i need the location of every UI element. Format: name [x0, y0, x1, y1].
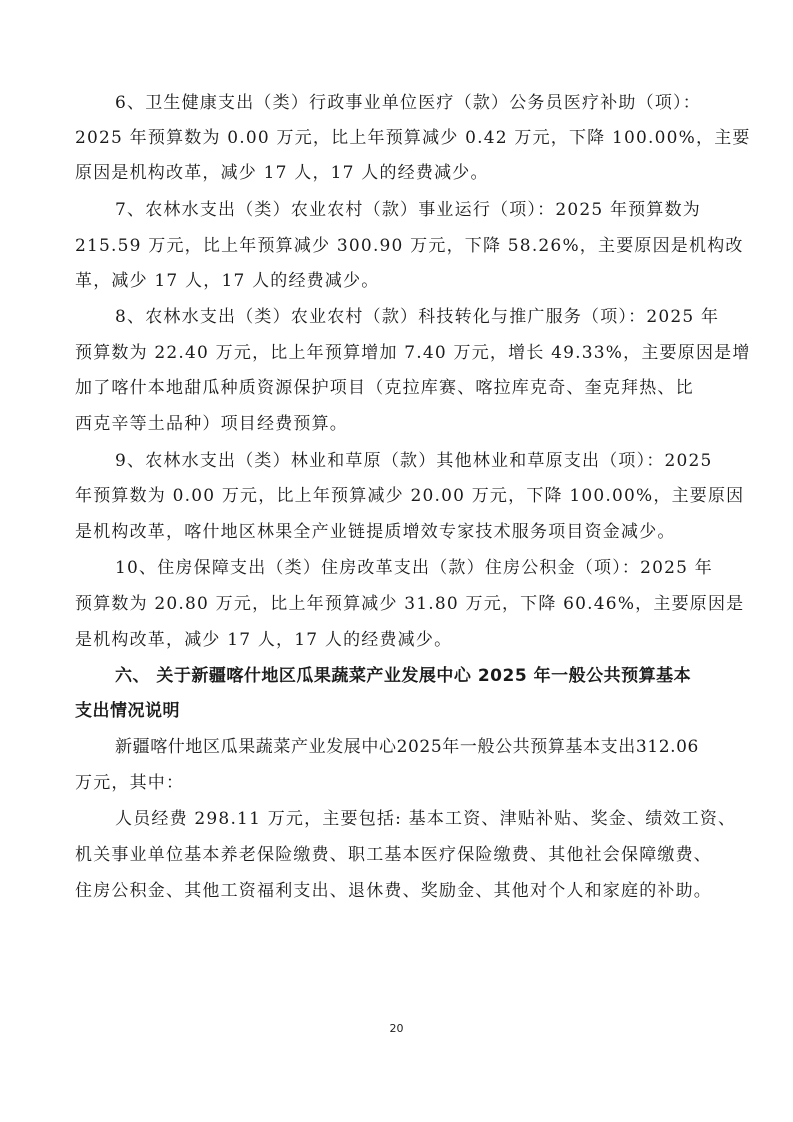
text-line: 新疆喀什地区瓜果蔬菜产业发展中心2025年一般公共预算基本支出312.06	[115, 736, 730, 758]
heading-line: 六、 关于新疆喀什地区瓜果蔬菜产业发展中心 2025 年一般公共预算基本	[115, 665, 730, 687]
text-line: 2025 年预算数为 0.00 万元，比上年预算减少 0.42 万元，下降 10…	[75, 127, 730, 149]
text-line: 8、农林水支出（类）农业农村（款）科技转化与推广服务（项）：2025 年	[115, 306, 730, 328]
text-line: 西克辛等土品种）项目经费预算。	[75, 413, 730, 435]
text-line: 万元，其中：	[75, 772, 730, 794]
text-line: 10、住房保障支出（类）住房改革支出（款）住房公积金（项）：2025 年	[115, 557, 730, 579]
text-line: 6、卫生健康支出（类）行政事业单位医疗（款）公务员医疗补助（项）：	[115, 92, 730, 114]
text-line: 住房公积金、其他工资福利支出、退休费、奖励金、其他对个人和家庭的补助。	[75, 880, 730, 902]
text-line: 是机构改革，喀什地区林果全产业链提质增效专家技术服务项目资金减少。	[75, 521, 730, 543]
text-line: 7、农林水支出（类）农业农村（款）事业运行（项）：2025 年预算数为	[115, 199, 730, 221]
text-line: 加了喀什本地甜瓜种质资源保护项目（克拉库赛、喀拉库克奇、奎克拜热、比	[75, 377, 730, 399]
text-line: 9、农林水支出（类）林业和草原（款）其他林业和草原支出（项）：2025	[115, 450, 730, 472]
text-line: 预算数为 20.80 万元，比上年预算减少 31.80 万元，下降 60.46%…	[75, 593, 730, 615]
text-line: 预算数为 22.40 万元，比上年预算增加 7.40 万元，增长 49.33%，…	[75, 342, 730, 364]
text-line: 年预算数为 0.00 万元，比上年预算减少 20.00 万元，下降 100.00…	[75, 485, 730, 507]
text-line: 215.59 万元，比上年预算减少 300.90 万元，下降 58.26%，主要…	[75, 235, 730, 257]
document-page: 6、卫生健康支出（类）行政事业单位医疗（款）公务员医疗补助（项）： 2025 年…	[0, 0, 793, 1122]
heading-line: 支出情况说明	[75, 700, 730, 722]
text-line: 原因是机构改革，减少 17 人，17 人的经费减少。	[75, 162, 730, 184]
text-line: 是机构改革，减少 17 人，17 人的经费减少。	[75, 629, 730, 651]
page-number: 20	[0, 1022, 793, 1035]
text-line: 人员经费 298.11 万元，主要包括: 基本工资、津贴补贴、奖金、绩效工资、	[115, 808, 730, 830]
text-line: 革，减少 17 人，17 人的经费减少。	[75, 270, 730, 292]
text-line: 机关事业单位基本养老保险缴费、职工基本医疗保险缴费、其他社会保障缴费、	[75, 844, 730, 866]
